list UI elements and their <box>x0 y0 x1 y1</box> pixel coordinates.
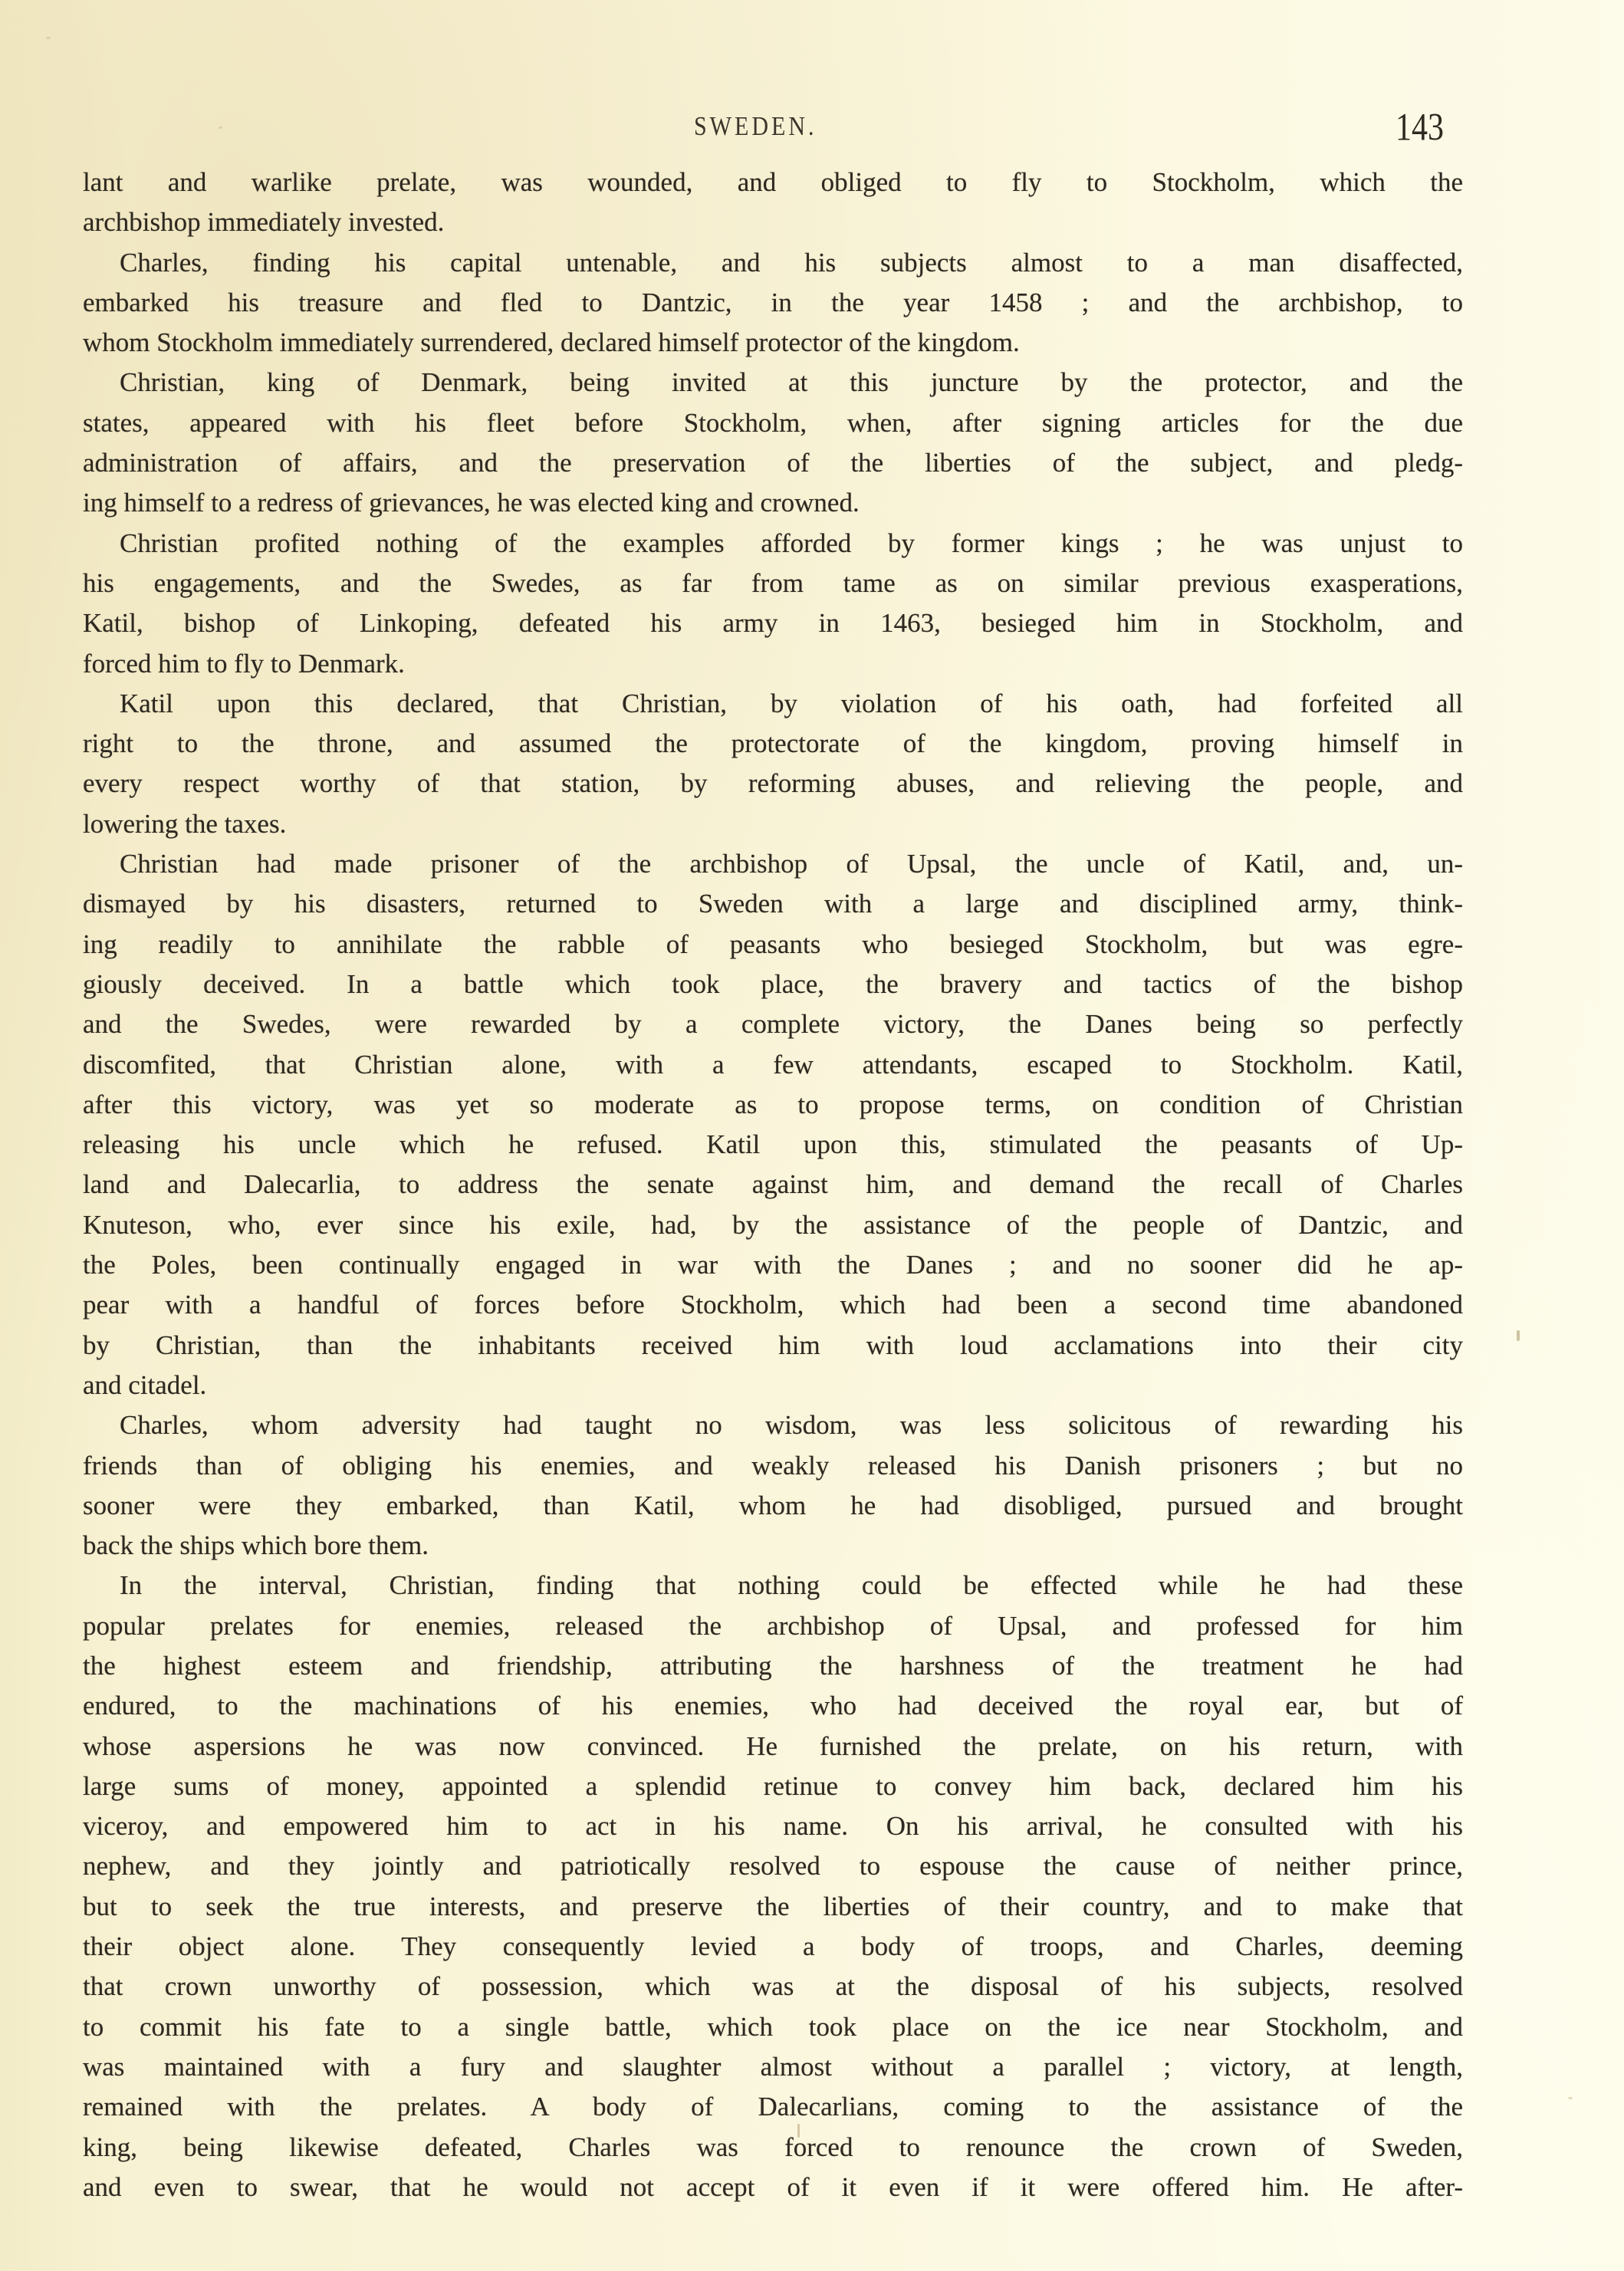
text-line: lant and warlike prelate, was wounded, a… <box>83 163 1463 202</box>
text-line: discomfited, that Christian alone, with … <box>83 1045 1463 1085</box>
text-line: to commit his fate to a single battle, w… <box>83 2007 1463 2047</box>
text-line: after this victory, was yet so moderate … <box>83 1085 1463 1125</box>
book-page: SWEDEN. 143 lant and warlike prelate, wa… <box>0 0 1624 2271</box>
text-line: ing himself to a redress of grievances, … <box>83 483 1463 523</box>
text-line: viceroy, and empowered him to act in his… <box>83 1806 1463 1846</box>
text-line: but to seek the true interests, and pres… <box>83 1887 1463 1927</box>
text-line: forced him to fly to Denmark. <box>83 644 1463 684</box>
text-line: king, being likewise defeated, Charles w… <box>83 2128 1463 2167</box>
running-head: SWEDEN. 143 <box>0 106 1624 144</box>
text-line: that crown unworthy of possession, which… <box>83 1967 1463 2006</box>
text-line: archbishop immediately invested. <box>83 202 1463 242</box>
text-line: embarked his treasure and fled to Dantzi… <box>83 283 1463 323</box>
paper-speck <box>1517 1330 1520 1341</box>
text-line: states, appeared with his fleet before S… <box>83 403 1463 443</box>
text-line: Christian, king of Denmark, being invite… <box>83 363 1463 403</box>
paper-speck <box>46 37 51 39</box>
text-line: right to the throne, and assumed the pro… <box>83 724 1463 764</box>
text-line: by Christian, than the inhabitants recei… <box>83 1326 1463 1366</box>
text-line: whose aspersions he was now convinced. H… <box>83 1727 1463 1767</box>
text-line: Charles, finding his capital untenable, … <box>83 243 1463 283</box>
page-number: 143 <box>1396 106 1444 150</box>
text-line: and the Swedes, were rewarded by a compl… <box>83 1004 1463 1044</box>
text-line: Christian profited nothing of the exampl… <box>83 524 1463 564</box>
text-line: was maintained with a fury and slaughter… <box>83 2047 1463 2087</box>
text-line: and even to swear, that he would not acc… <box>83 2167 1463 2207</box>
text-line: Katil, bishop of Linkoping, defeated his… <box>83 603 1463 643</box>
text-line: land and Dalecarlia, to address the sena… <box>83 1165 1463 1205</box>
text-line: In the interval, Christian, finding that… <box>83 1566 1463 1605</box>
text-line: Katil upon this declared, that Christian… <box>83 684 1463 724</box>
text-line: sooner were they embarked, than Katil, w… <box>83 1486 1463 1526</box>
text-line: popular prelates for enemies, released t… <box>83 1606 1463 1646</box>
text-line: large sums of money, appointed a splendi… <box>83 1767 1463 1806</box>
text-line: nephew, and they jointly and patriotical… <box>83 1846 1463 1886</box>
text-line: ing readily to annihilate the rabble of … <box>83 925 1463 965</box>
text-line: their object alone. They consequently le… <box>83 1927 1463 1967</box>
text-line: giously deceived. In a battle which took… <box>83 965 1463 1004</box>
text-line: endured, to the machinations of his enem… <box>83 1686 1463 1726</box>
text-line: Knuteson, who, ever since his exile, had… <box>83 1205 1463 1245</box>
text-line: administration of affairs, and the prese… <box>83 443 1463 483</box>
paper-speck <box>797 2124 800 2138</box>
paper-speck <box>219 127 222 129</box>
text-line: and citadel. <box>83 1366 1463 1405</box>
text-line: pear with a handful of forces before Sto… <box>83 1285 1463 1325</box>
text-line: the Poles, been continually engaged in w… <box>83 1245 1463 1285</box>
text-line: Christian had made prisoner of the archb… <box>83 844 1463 884</box>
text-line: back the ships which bore them. <box>83 1526 1463 1566</box>
paper-speck <box>1568 2097 1573 2099</box>
text-line: whom Stockholm immediately surrendered, … <box>83 323 1463 363</box>
text-line: lowering the taxes. <box>83 804 1463 844</box>
text-line: every respect worthy of that station, by… <box>83 764 1463 804</box>
running-title: SWEDEN. <box>694 112 817 142</box>
text-line: releasing his uncle which he refused. Ka… <box>83 1125 1463 1165</box>
text-line: friends than of obliging his enemies, an… <box>83 1446 1463 1486</box>
text-line: dismayed by his disasters, returned to S… <box>83 884 1463 924</box>
text-line: remained with the prelates. A body of Da… <box>83 2087 1463 2127</box>
text-line: his engagements, and the Swedes, as far … <box>83 564 1463 603</box>
body-text: lant and warlike prelate, was wounded, a… <box>83 163 1463 2207</box>
text-line: the highest esteem and friendship, attri… <box>83 1646 1463 1686</box>
text-line: Charles, whom adversity had taught no wi… <box>83 1405 1463 1445</box>
